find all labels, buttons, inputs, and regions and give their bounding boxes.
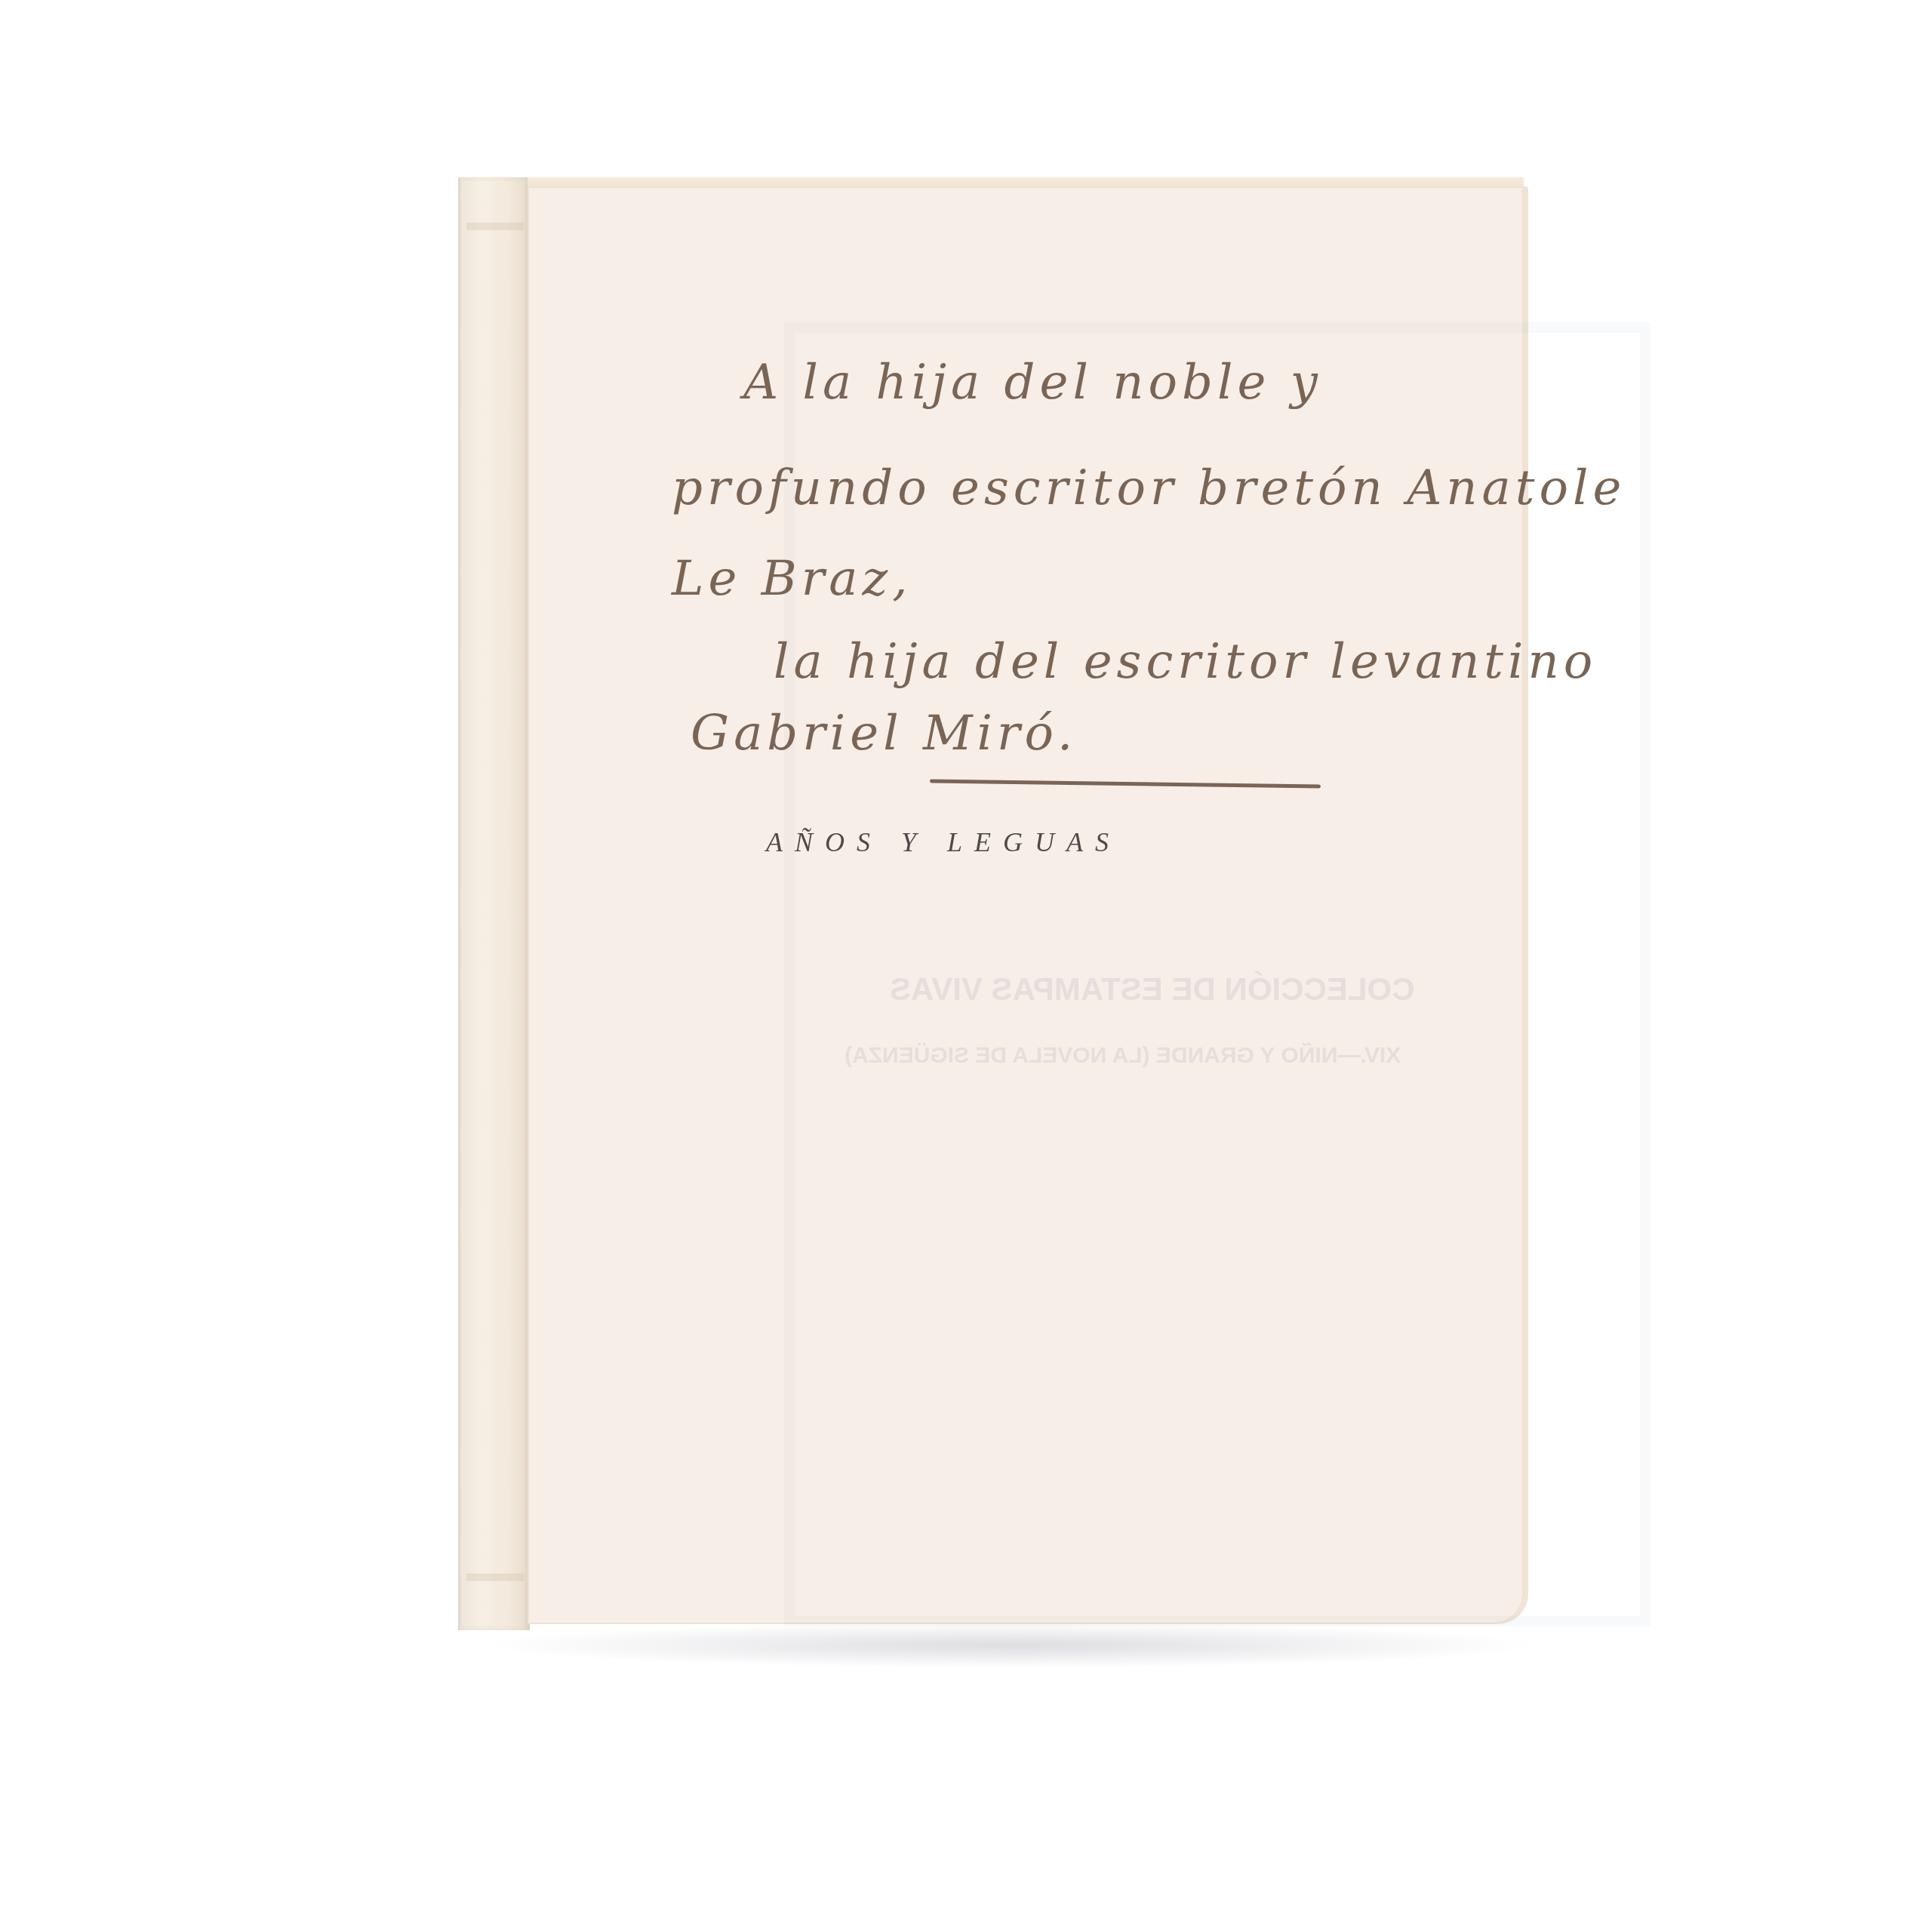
- bleed-through-text: COLECCIÓN DE ESTAMPAS VIVAS: [890, 971, 1414, 1008]
- inscription-line: Le Braz,: [672, 551, 912, 607]
- inscription-line: la hija del escritor levantino: [774, 634, 1597, 690]
- spine-band: [466, 223, 524, 230]
- inscription-line: profundo escritor bretón Anatole: [672, 460, 1626, 516]
- spine-band: [466, 1574, 524, 1581]
- book-spine: [458, 177, 530, 1630]
- bleed-through-text: XIV.—NIÑO Y GRANDE (LA NOVELA DE SIGÜENZ…: [844, 1043, 1401, 1069]
- book-title: AÑOS Y LEGUAS: [766, 826, 1121, 858]
- inscription-signature: Gabriel Miró.: [691, 706, 1077, 761]
- inscription-line: A la hija del noble y: [743, 355, 1322, 411]
